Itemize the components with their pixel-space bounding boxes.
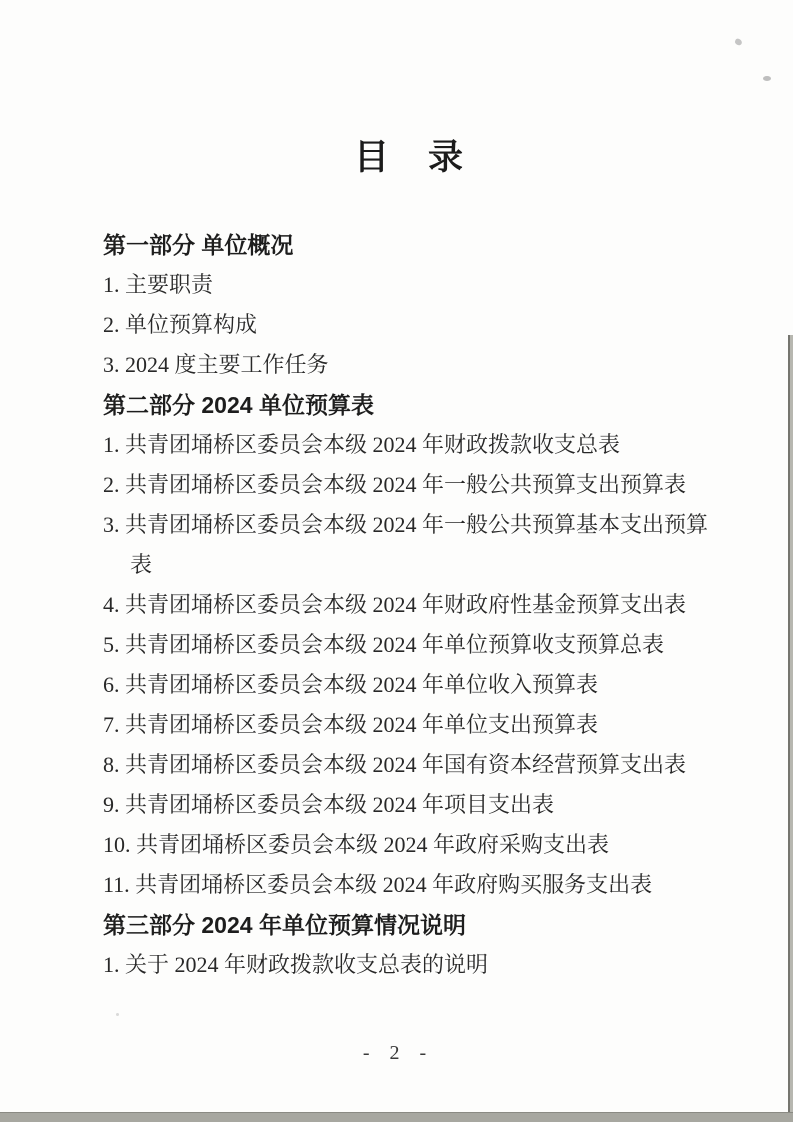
toc-item: 2. 单位预算构成 <box>103 305 715 345</box>
section-heading: 第二部分 2024 单位预算表 <box>103 385 715 425</box>
toc-item: 3. 2024 度主要工作任务 <box>103 345 715 385</box>
scan-edge-bottom <box>0 1112 793 1122</box>
toc-item: 9. 共青团埇桥区委员会本级 2024 年项目支出表 <box>103 785 715 825</box>
scanned-document-page: 目 录 第一部分 单位概况1. 主要职责2. 单位预算构成3. 2024 度主要… <box>0 0 793 1122</box>
toc-item: 1. 关于 2024 年财政拨款收支总表的说明 <box>103 945 715 985</box>
toc-item: 4. 共青团埇桥区委员会本级 2024 年财政府性基金预算支出表 <box>103 585 715 625</box>
section-heading: 第三部分 2024 年单位预算情况说明 <box>103 905 715 945</box>
scan-speck <box>763 76 771 81</box>
page-title: 目 录 <box>0 139 793 177</box>
scan-speck <box>734 38 743 46</box>
toc-item: 7. 共青团埇桥区委员会本级 2024 年单位支出预算表 <box>103 705 715 745</box>
toc-item: 1. 主要职责 <box>103 265 715 305</box>
scan-speck <box>116 1013 119 1016</box>
toc-item: 11. 共青团埇桥区委员会本级 2024 年政府购买服务支出表 <box>103 865 715 905</box>
table-of-contents: 第一部分 单位概况1. 主要职责2. 单位预算构成3. 2024 度主要工作任务… <box>103 225 715 985</box>
toc-item: 3. 共青团埇桥区委员会本级 2024 年一般公共预算基本支出预算表 <box>103 505 715 585</box>
toc-item: 5. 共青团埇桥区委员会本级 2024 年单位预算收支预算总表 <box>103 625 715 665</box>
toc-item: 1. 共青团埇桥区委员会本级 2024 年财政拨款收支总表 <box>103 425 715 465</box>
page-number: - 2 - <box>0 1042 793 1065</box>
toc-item: 8. 共青团埇桥区委员会本级 2024 年国有资本经营预算支出表 <box>103 745 715 785</box>
toc-item: 2. 共青团埇桥区委员会本级 2024 年一般公共预算支出预算表 <box>103 465 715 505</box>
toc-item: 10. 共青团埇桥区委员会本级 2024 年政府采购支出表 <box>103 825 715 865</box>
section-heading: 第一部分 单位概况 <box>103 225 715 265</box>
toc-item: 6. 共青团埇桥区委员会本级 2024 年单位收入预算表 <box>103 665 715 705</box>
